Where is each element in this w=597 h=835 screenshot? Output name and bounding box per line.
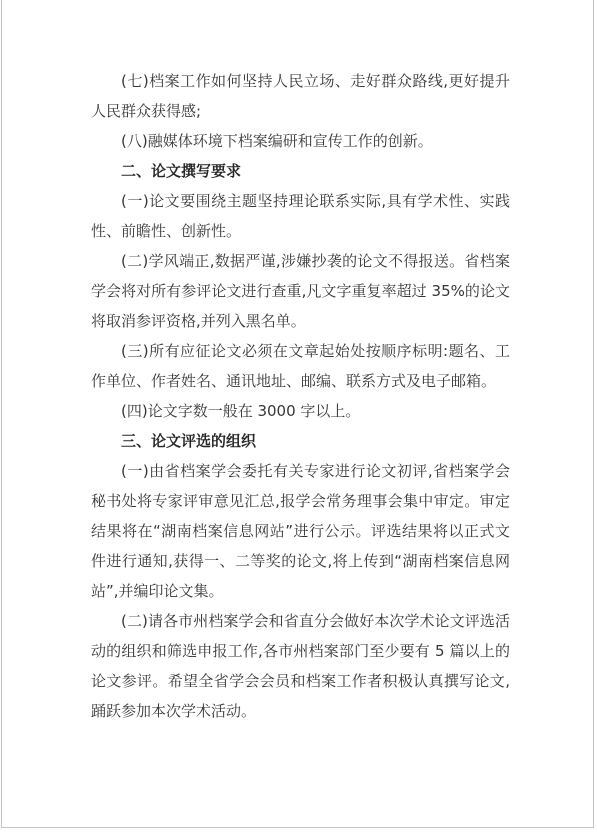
paragraph: (八)融媒体环境下档案编研和宣传工作的创新。 xyxy=(91,126,510,156)
paragraph: (二)学风端正,数据严谨,涉嫌抄袭的论文不得报送。省档案学会将对所有参评论文进行… xyxy=(91,246,510,336)
section-heading: 二、论文撰写要求 xyxy=(91,156,510,186)
paragraph: (三)所有应征论文必须在文章起始处按顺序标明:题名、工作单位、作者姓名、通讯地址… xyxy=(91,336,510,396)
paragraph: (四)论文字数一般在 3000 字以上。 xyxy=(91,396,510,426)
paragraph: (二)请各市州档案学会和省直分会做好本次学术论文评选活动的组织和筛选申报工作,各… xyxy=(91,606,510,726)
document-page: (七)档案工作如何坚持人民立场、走好群众路线,更好提升人民群众获得感;(八)融媒… xyxy=(1,0,594,828)
paragraph: (一)由省档案学会委托有关专家进行论文初评,省档案学会秘书处将专家评审意见汇总,… xyxy=(91,456,510,606)
section-heading: 三、论文评选的组织 xyxy=(91,426,510,456)
paragraph: (七)档案工作如何坚持人民立场、走好群众路线,更好提升人民群众获得感; xyxy=(91,66,510,126)
paragraph: (一)论文要围绕主题坚持理论联系实际,具有学术性、实践性、前瞻性、创新性。 xyxy=(91,186,510,246)
document-body: (七)档案工作如何坚持人民立场、走好群众路线,更好提升人民群众获得感;(八)融媒… xyxy=(91,66,510,726)
